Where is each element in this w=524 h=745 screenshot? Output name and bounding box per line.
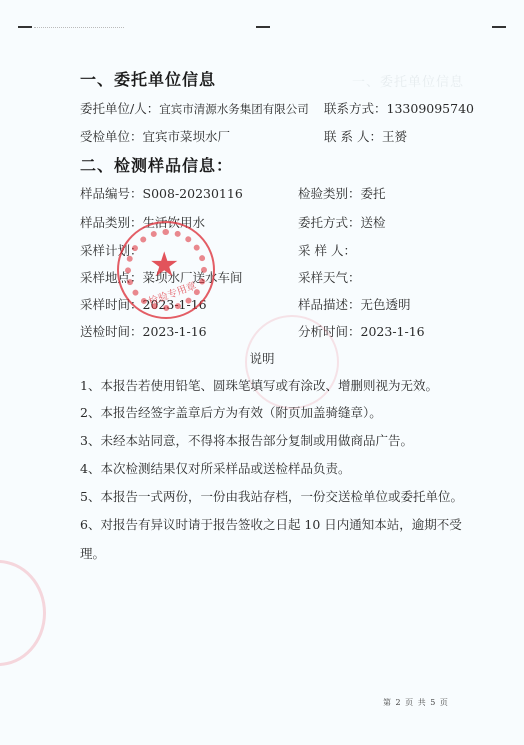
field-sample-description: 样品描述：无色透明 <box>298 295 411 313</box>
field-value: S008-20230116 <box>143 186 243 201</box>
top-registration-marks <box>0 26 524 32</box>
field-value: 生活饮用水 <box>143 215 206 230</box>
field-value: 菜坝水厂送水车间 <box>143 270 243 285</box>
field-sampling-location: 采样地点：菜坝水厂送水车间 <box>80 268 243 286</box>
field-sampler: 采 样 人： <box>298 241 356 259</box>
contact-person-row: 联 系 人：王赟 <box>324 127 407 145</box>
field-label: 采 样 人： <box>298 243 356 258</box>
registration-mark <box>492 26 506 28</box>
note-item: 1、本报告若使用铅笔、圆珠笔填写或有涂改、增删则视为无效。 <box>80 376 438 394</box>
client-value: 宜宾市清源水务集团有限公司 <box>159 102 309 116</box>
contact-row: 联系方式：13309095740 <box>324 99 474 117</box>
field-value: 送检 <box>361 215 386 230</box>
contact-label: 联系方式： <box>324 101 387 116</box>
registration-mark <box>18 26 32 28</box>
edge-stamp-impression <box>0 560 46 666</box>
notes-heading: 说明 <box>0 349 524 367</box>
report-page: 一、委托单位信息 一、委托单位信息 委托单位/人：宜宾市清源水务集团有限公司 联… <box>0 0 524 745</box>
field-commission-method: 委托方式：送检 <box>298 213 386 231</box>
field-label: 样品编号： <box>80 186 143 201</box>
note-item: 6、对报告有异议时请于报告签收之日起 10 日内通知本站，逾期不受 <box>80 515 462 533</box>
field-value: 无色透明 <box>361 297 411 312</box>
field-sampling-time: 采样时间：2023-1-16 <box>80 295 207 313</box>
client-row: 委托单位/人：宜宾市清源水务集团有限公司 <box>80 99 309 117</box>
registration-mark <box>256 26 270 28</box>
field-value: 委托 <box>361 186 386 201</box>
inspected-unit-row: 受检单位：宜宾市菜坝水厂 <box>80 127 230 145</box>
note-item: 理。 <box>80 544 105 562</box>
field-value: 2023-1-16 <box>143 324 207 339</box>
field-label: 检验类别： <box>298 186 361 201</box>
page-number: 第 2 页 共 5 页 <box>383 697 449 708</box>
field-label: 样品描述： <box>298 297 361 312</box>
field-value: 2023-1-16 <box>361 324 425 339</box>
inspected-value: 宜宾市菜坝水厂 <box>143 129 231 144</box>
field-label: 采样天气： <box>298 270 361 285</box>
section1-heading: 一、委托单位信息 <box>80 67 216 90</box>
note-item: 4、本次检测结果仅对所采样品或送检样品负责。 <box>80 459 350 477</box>
contact-value: 13309095740 <box>387 101 474 116</box>
field-sample-category: 样品类别：生活饮用水 <box>80 213 205 231</box>
field-value: 2023-1-16 <box>143 297 207 312</box>
note-item: 2、本报告经签字盖章后方为有效（附页加盖骑缝章）。 <box>80 403 382 421</box>
section2-heading: 二、检测样品信息： <box>80 153 233 176</box>
field-label: 采样计划： <box>80 243 143 258</box>
field-label: 分析时间： <box>298 324 361 339</box>
note-item: 5、本报告一式两份，一份由我站存档，一份交送检单位或委托单位。 <box>80 487 463 505</box>
person-label: 联 系 人： <box>324 129 382 144</box>
dotted-line <box>34 27 124 29</box>
field-inspection-type: 检验类别：委托 <box>298 184 386 202</box>
field-label: 采样时间： <box>80 297 143 312</box>
show-through-text: 一、委托单位信息 <box>352 71 464 90</box>
field-sampling-weather: 采样天气： <box>298 268 361 286</box>
inspected-label: 受检单位： <box>80 129 143 144</box>
field-label: 送检时间： <box>80 324 143 339</box>
field-sampling-plan: 采样计划： <box>80 241 143 259</box>
field-label: 采样地点： <box>80 270 143 285</box>
field-sample-id: 样品编号：S008-20230116 <box>80 184 243 202</box>
field-label: 样品类别： <box>80 215 143 230</box>
field-analysis-time: 分析时间：2023-1-16 <box>298 322 425 340</box>
person-value: 王赟 <box>382 129 407 144</box>
field-label: 委托方式： <box>298 215 361 230</box>
field-submission-time: 送检时间：2023-1-16 <box>80 322 207 340</box>
note-item: 3、未经本站同意，不得将本报告部分复制或用做商品广告。 <box>80 431 413 449</box>
client-label: 委托单位/人： <box>80 101 159 116</box>
